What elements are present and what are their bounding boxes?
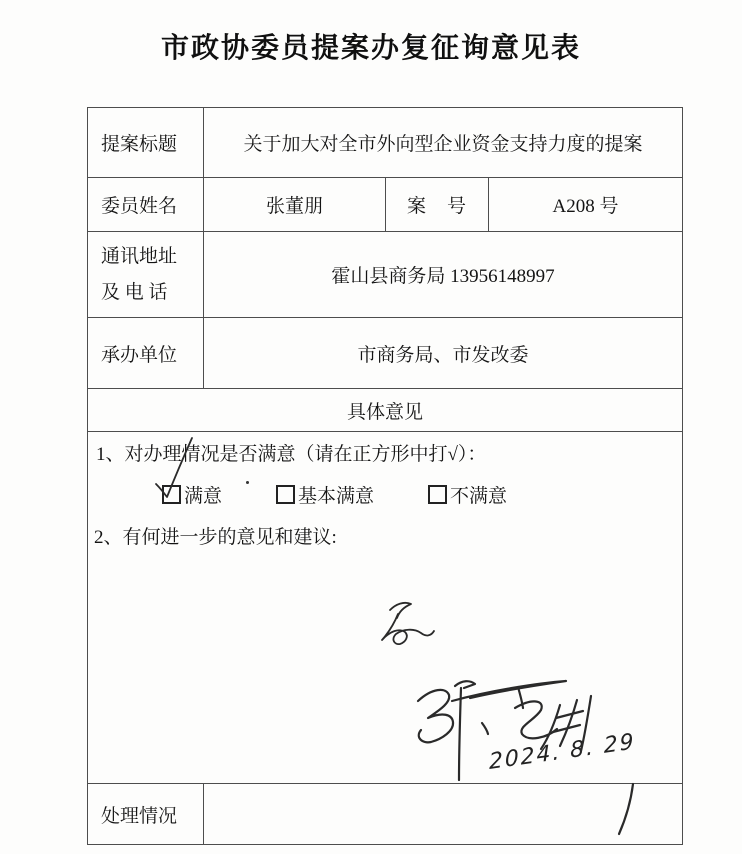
- case-number-value: A208 号: [489, 178, 682, 231]
- option-not-satisfied-label: 不满意: [450, 481, 507, 508]
- row-processing: 处理情况: [88, 784, 682, 844]
- proposal-title-value: 关于加大对全市外向型企业资金支持力度的提案: [204, 108, 682, 177]
- opinion-section-header: 具体意见: [88, 389, 682, 431]
- option-satisfied: 满意: [162, 481, 222, 508]
- satisfaction-question: 1、对办理情况是否满意（请在正方形中打√）：: [96, 442, 674, 468]
- contact-label-line2: 及 电 话: [101, 275, 168, 310]
- option-not-satisfied: 不满意: [428, 481, 507, 508]
- row-contact: 通讯地址 及 电 话 霍山县商务局 13956148997: [88, 232, 682, 318]
- row-handling-unit: 承办单位 市商务局、市发改委: [88, 318, 682, 389]
- case-number-label: 案 号: [386, 178, 489, 231]
- option-basically-satisfied-label: 基本满意: [298, 481, 374, 508]
- member-name-value: 张董朋: [204, 178, 386, 231]
- checkbox-basically-satisfied[interactable]: [276, 485, 295, 504]
- row-opinion-content: 1、对办理情况是否满意（请在正方形中打√）： 满意 基本满意 不满意 2、有何进…: [88, 432, 682, 784]
- contact-label-line1: 通讯地址: [101, 239, 177, 274]
- proposal-title-label: 提案标题: [88, 108, 204, 177]
- row-opinion-header: 具体意见: [88, 389, 682, 432]
- page-title: 市政协委员提案办复征询意见表: [0, 26, 742, 66]
- row-proposal-title: 提案标题 关于加大对全市外向型企业资金支持力度的提案: [88, 108, 682, 178]
- option-basically-satisfied: 基本满意: [276, 481, 374, 508]
- stray-ink-dot: [246, 481, 249, 484]
- contact-label: 通讯地址 及 电 话: [88, 232, 204, 317]
- option-satisfied-label: 满意: [184, 481, 222, 508]
- processing-value: [204, 784, 682, 844]
- row-member-case: 委员姓名 张董朋 案 号 A208 号: [88, 178, 682, 232]
- checkbox-not-satisfied[interactable]: [428, 485, 447, 504]
- handling-unit-label: 承办单位: [88, 318, 204, 388]
- member-name-label: 委员姓名: [88, 178, 204, 231]
- suggestions-question: 2、有何进一步的意见和建议:: [94, 525, 674, 551]
- contact-value: 霍山县商务局 13956148997: [204, 232, 682, 317]
- handling-unit-value: 市商务局、市发改委: [204, 318, 682, 388]
- checkbox-satisfied[interactable]: [162, 485, 181, 504]
- satisfaction-options: 满意 基本满意 不满意: [162, 481, 674, 508]
- processing-label: 处理情况: [88, 784, 204, 844]
